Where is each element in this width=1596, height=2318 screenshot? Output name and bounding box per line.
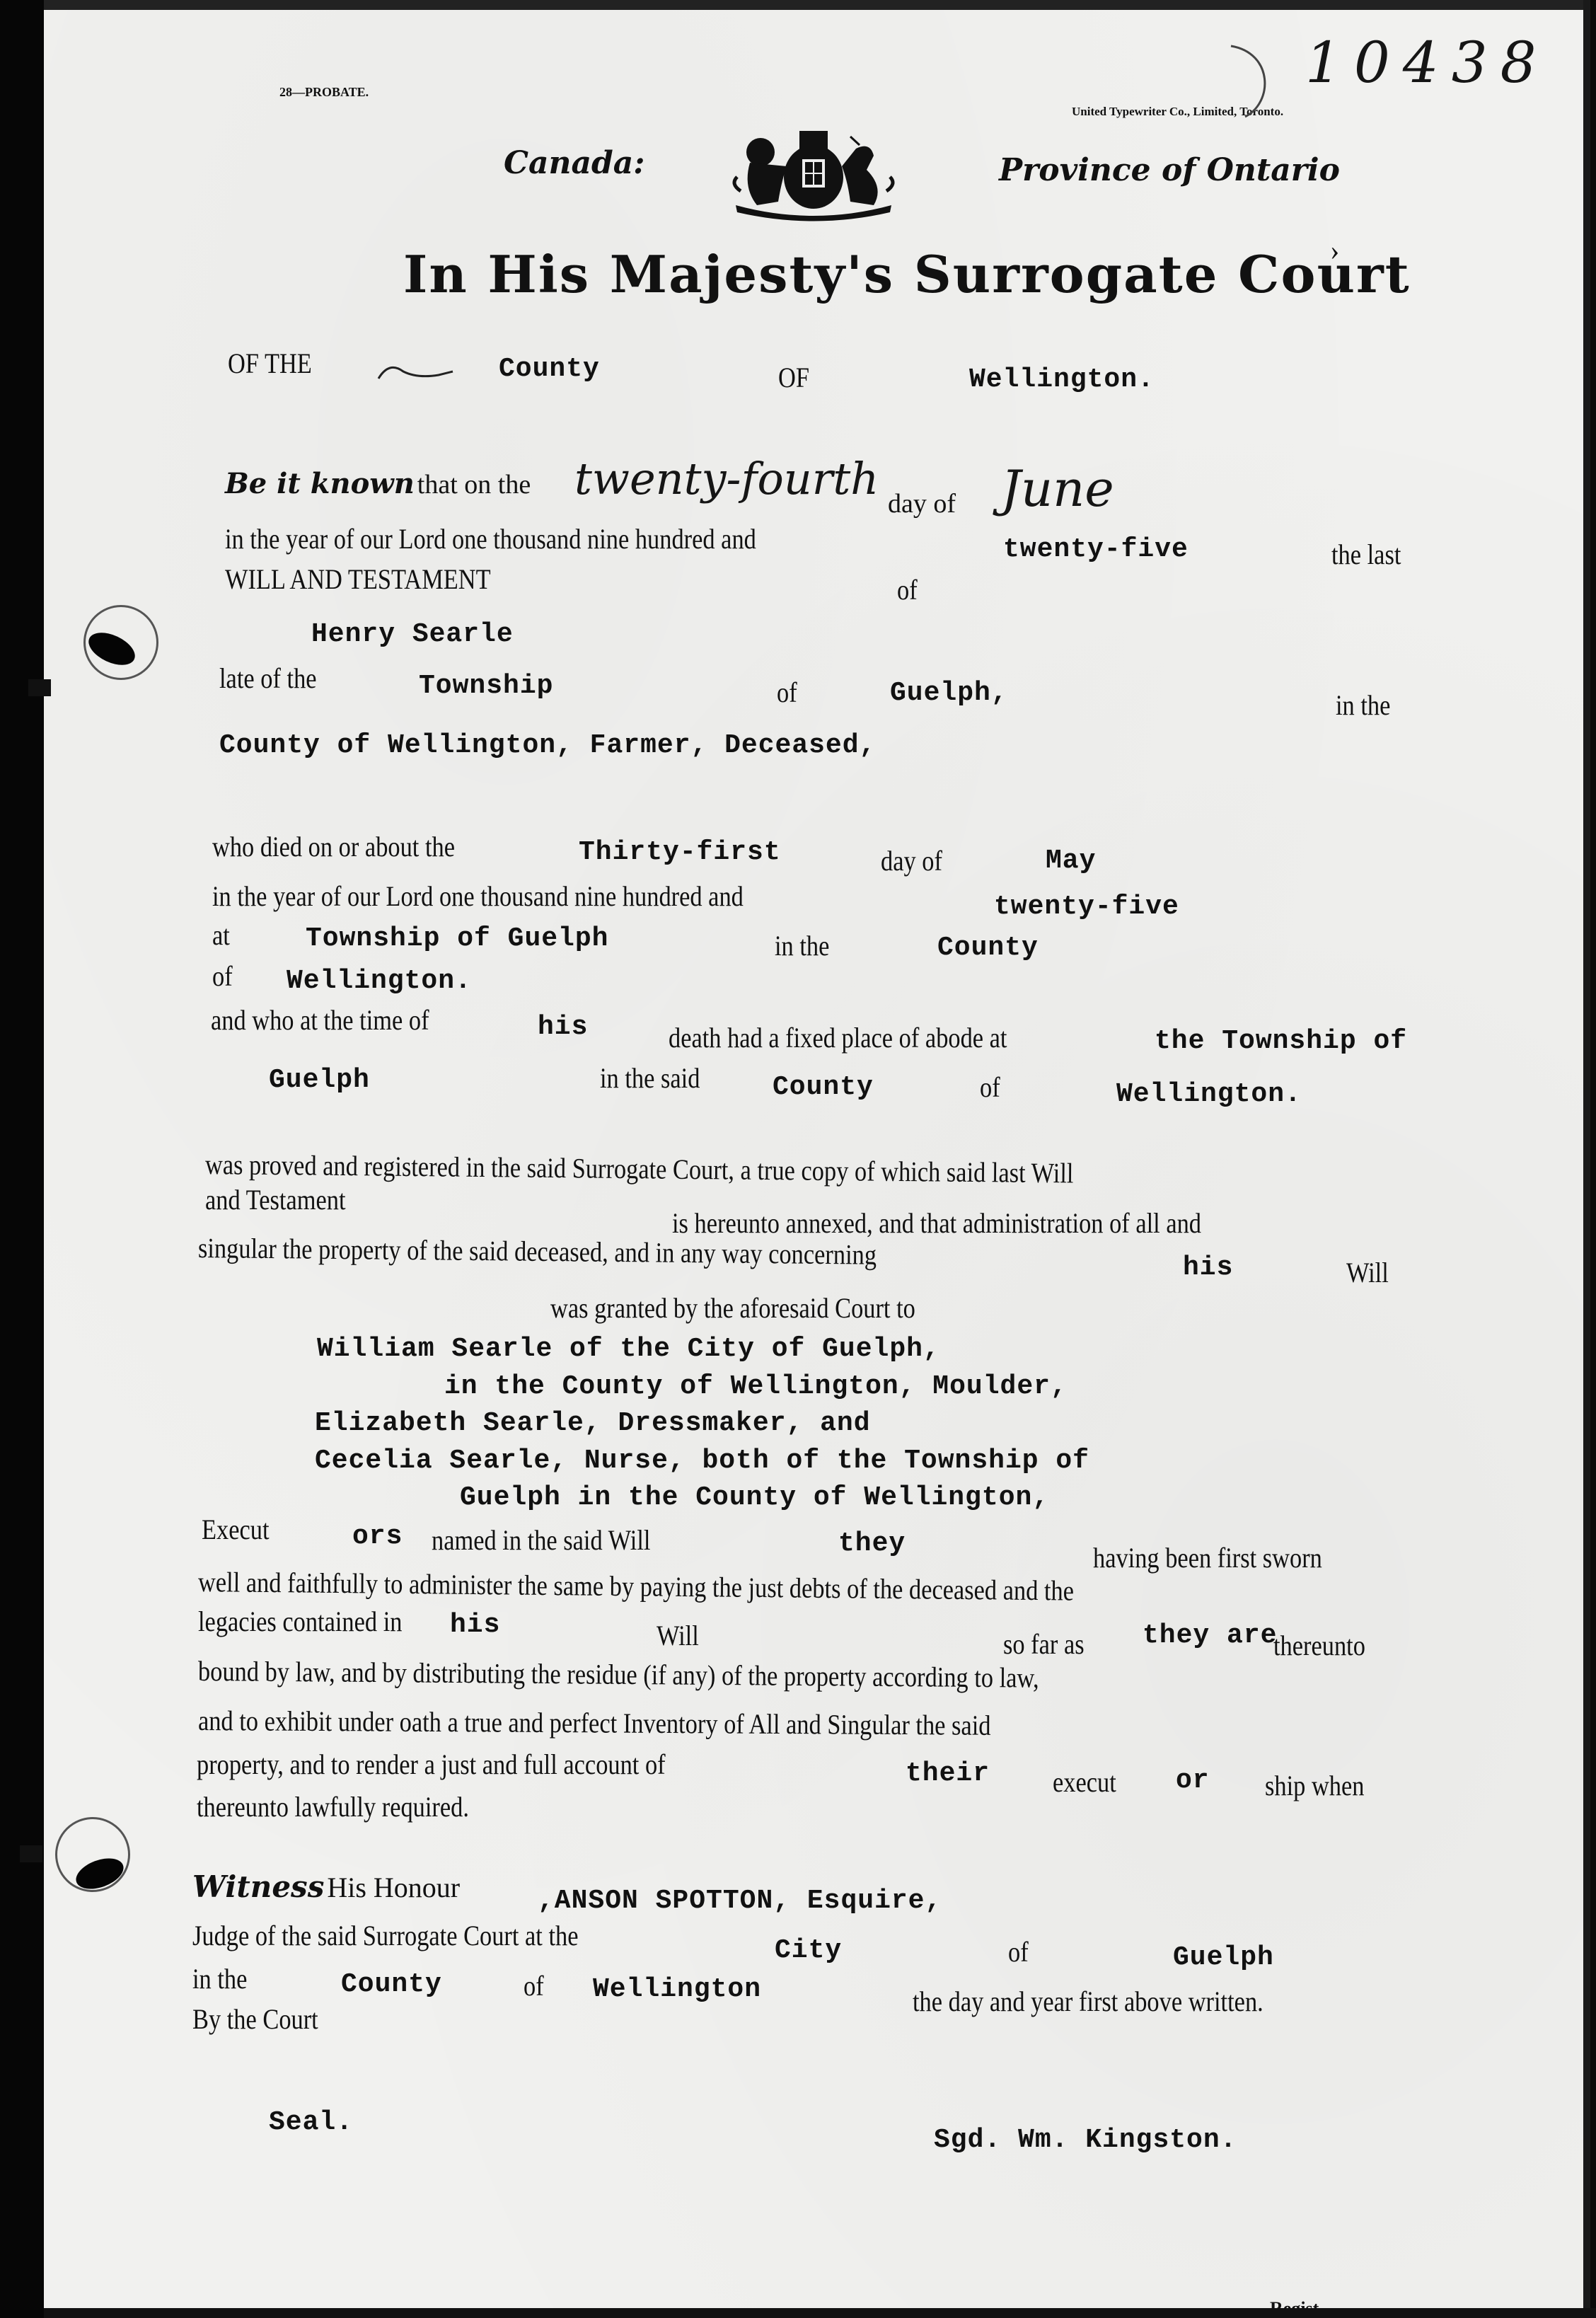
witness-line: Witness His Honour xyxy=(192,1869,460,1904)
deceased-place-name: Guelph, xyxy=(890,678,1008,708)
death-unit-name: Wellington. xyxy=(287,966,472,996)
grant-year-lead: in the year of our Lord one thousand nin… xyxy=(225,522,756,555)
file-number: 10438 xyxy=(1305,30,1549,96)
label-that-on-the: that on the xyxy=(417,470,531,500)
label-execut: Execut xyxy=(202,1513,270,1546)
grant-day-handwritten: twenty-fourth xyxy=(574,453,879,504)
proof-line-4: was granted by the aforesaid Court to xyxy=(550,1291,915,1325)
page-bottom-edge xyxy=(44,2308,1596,2318)
label-sworn: having been first sworn xyxy=(1093,1541,1322,1574)
binder-tab-upper xyxy=(28,679,51,696)
proof-line-2a: and Testament xyxy=(205,1183,346,1216)
executor-line: in the County of Wellington, Moulder, xyxy=(444,1371,1068,1402)
jurisdiction-unit: County xyxy=(499,354,600,384)
punch-hole-lower xyxy=(55,1817,130,1892)
heading-canada: Canada: xyxy=(504,145,645,181)
duties-they-are: they are xyxy=(1143,1620,1277,1651)
label-of: of xyxy=(524,1969,544,2002)
label-of-the: OF THE xyxy=(228,347,312,380)
executor-line: William Searle of the City of Guelph, xyxy=(317,1334,940,1364)
duties-line-7: thereunto lawfully required. xyxy=(197,1790,469,1823)
witness-line-2: Judge of the said Surrogate Court at the xyxy=(192,1919,578,1952)
binder-tab-lower xyxy=(20,1845,42,1862)
punch-hole-upper xyxy=(83,605,158,680)
handwritten-dash-mark xyxy=(375,357,460,386)
duties-will: Will xyxy=(657,1619,699,1652)
witness-place-name: Guelph xyxy=(1173,1942,1274,1973)
abode-unit-name: Wellington. xyxy=(1116,1079,1302,1109)
abode-place: the Township of xyxy=(1155,1026,1407,1056)
duties-line-5: and to exhibit under oath a true and per… xyxy=(198,1704,991,1742)
death-unit: County xyxy=(937,933,1039,963)
label-named-in-will: named in the said Will xyxy=(432,1523,650,1557)
label-so-far-as: so far as xyxy=(1003,1627,1085,1661)
label-the-last: the last xyxy=(1331,538,1401,571)
label-of: OF xyxy=(778,361,809,394)
heading-province: Province of Ontario xyxy=(999,152,1340,188)
abode-mid: death had a fixed place of abode at xyxy=(669,1021,1007,1054)
death-lead: who died on or about the xyxy=(212,830,455,863)
deceased-name: Henry Searle xyxy=(311,619,514,650)
label-execut: execut xyxy=(1053,1765,1116,1799)
judge-name: ,ANSON SPOTTON, Esquire, xyxy=(538,1886,942,1916)
abode-lead: and who at the time of xyxy=(211,1003,429,1037)
proof-line-2b: is hereunto annexed, and that administra… xyxy=(672,1206,1201,1240)
label-in-the: in the xyxy=(1336,688,1390,722)
death-month: May xyxy=(1046,846,1096,876)
abode-unit: County xyxy=(773,1072,874,1102)
label-his-honour: His Honour xyxy=(327,1872,460,1903)
jurisdiction-name: Wellington. xyxy=(969,364,1155,395)
deceased-description: County of Wellington, Farmer, Deceased, xyxy=(219,730,876,761)
royal-coat-of-arms-icon xyxy=(729,124,898,223)
death-place: Township of Guelph xyxy=(306,923,608,954)
executor-line: Guelph in the County of Wellington, xyxy=(460,1482,1049,1513)
death-year-value: twenty-five xyxy=(994,892,1179,922)
label-of: of xyxy=(897,573,918,606)
label-of: of xyxy=(777,676,797,709)
grant-year-value: twenty-five xyxy=(1003,534,1189,565)
duties-line-6a: property, and to render a just and full … xyxy=(197,1748,666,1781)
duties-or: or xyxy=(1176,1765,1210,1796)
label-late-of-the: late of the xyxy=(219,662,317,695)
handwritten-loop-mark xyxy=(1217,39,1280,124)
executor-line: Cecelia Searle, Nurse, both of the Towns… xyxy=(315,1446,1089,1476)
label-will-and-testament: WILL AND TESTAMENT xyxy=(225,563,491,596)
duties-pronoun: his xyxy=(450,1610,500,1640)
witness-unit-name: Wellington xyxy=(593,1974,761,2005)
proof-line-3: singular the property of the said deceas… xyxy=(198,1231,877,1272)
margin-check-mark: › xyxy=(1330,233,1339,267)
witness-dated: the day and year first above written. xyxy=(913,1985,1263,2018)
witness-unit: County xyxy=(341,1969,442,2000)
label-day-of: day of xyxy=(881,844,942,877)
witness-heading: Witness xyxy=(192,1869,324,1904)
label-of: of xyxy=(980,1071,1000,1104)
label-thereunto: thereunto xyxy=(1273,1629,1365,1662)
executor-suffix: ors xyxy=(352,1521,403,1552)
label-day-of: day of xyxy=(888,488,956,519)
duties-line-3a: legacies contained in xyxy=(198,1605,402,1638)
seal-label: Seal. xyxy=(269,2107,353,2138)
witness-place-type: City xyxy=(775,1935,842,1966)
binder-edge xyxy=(0,0,44,2318)
label-in-the-said: in the said xyxy=(600,1061,700,1095)
duties-line-4: bound by law, and by distributing the re… xyxy=(198,1654,1039,1695)
label-of: of xyxy=(1008,1935,1029,1968)
page-top-edge xyxy=(44,0,1583,10)
abode-pronoun: his xyxy=(538,1012,588,1042)
label-in-the: in the xyxy=(775,929,829,962)
label-of: of xyxy=(212,959,233,993)
proof-pronoun: his xyxy=(1183,1252,1233,1283)
signature-line: Sgd. Wm. Kingston. xyxy=(934,2125,1237,2155)
court-title: In His Majesty's Surrogate Court xyxy=(403,244,1411,304)
label-by-the-court: By the Court xyxy=(192,2002,318,2036)
death-year-lead: in the year of our Lord one thousand nin… xyxy=(212,880,744,913)
deceased-place-type: Township xyxy=(419,671,553,701)
duties-they: they xyxy=(838,1528,906,1559)
form-number: 28—PROBATE. xyxy=(279,85,369,100)
grant-month-handwritten: June xyxy=(1001,460,1114,518)
executor-line: Elizabeth Searle, Dressmaker, and xyxy=(315,1408,871,1438)
duties-their: their xyxy=(906,1758,990,1789)
death-day: Thirty-first xyxy=(579,837,781,867)
proof-will: Will xyxy=(1346,1256,1389,1289)
label-ship-when: ship when xyxy=(1265,1769,1364,1802)
abode-place-2: Guelph xyxy=(269,1065,370,1095)
label-at: at xyxy=(212,918,230,952)
label-in-the: in the xyxy=(192,1962,247,1995)
be-it-known-line: Be it known that on the xyxy=(225,467,531,500)
be-it-known-heading: Be it known xyxy=(225,467,415,500)
